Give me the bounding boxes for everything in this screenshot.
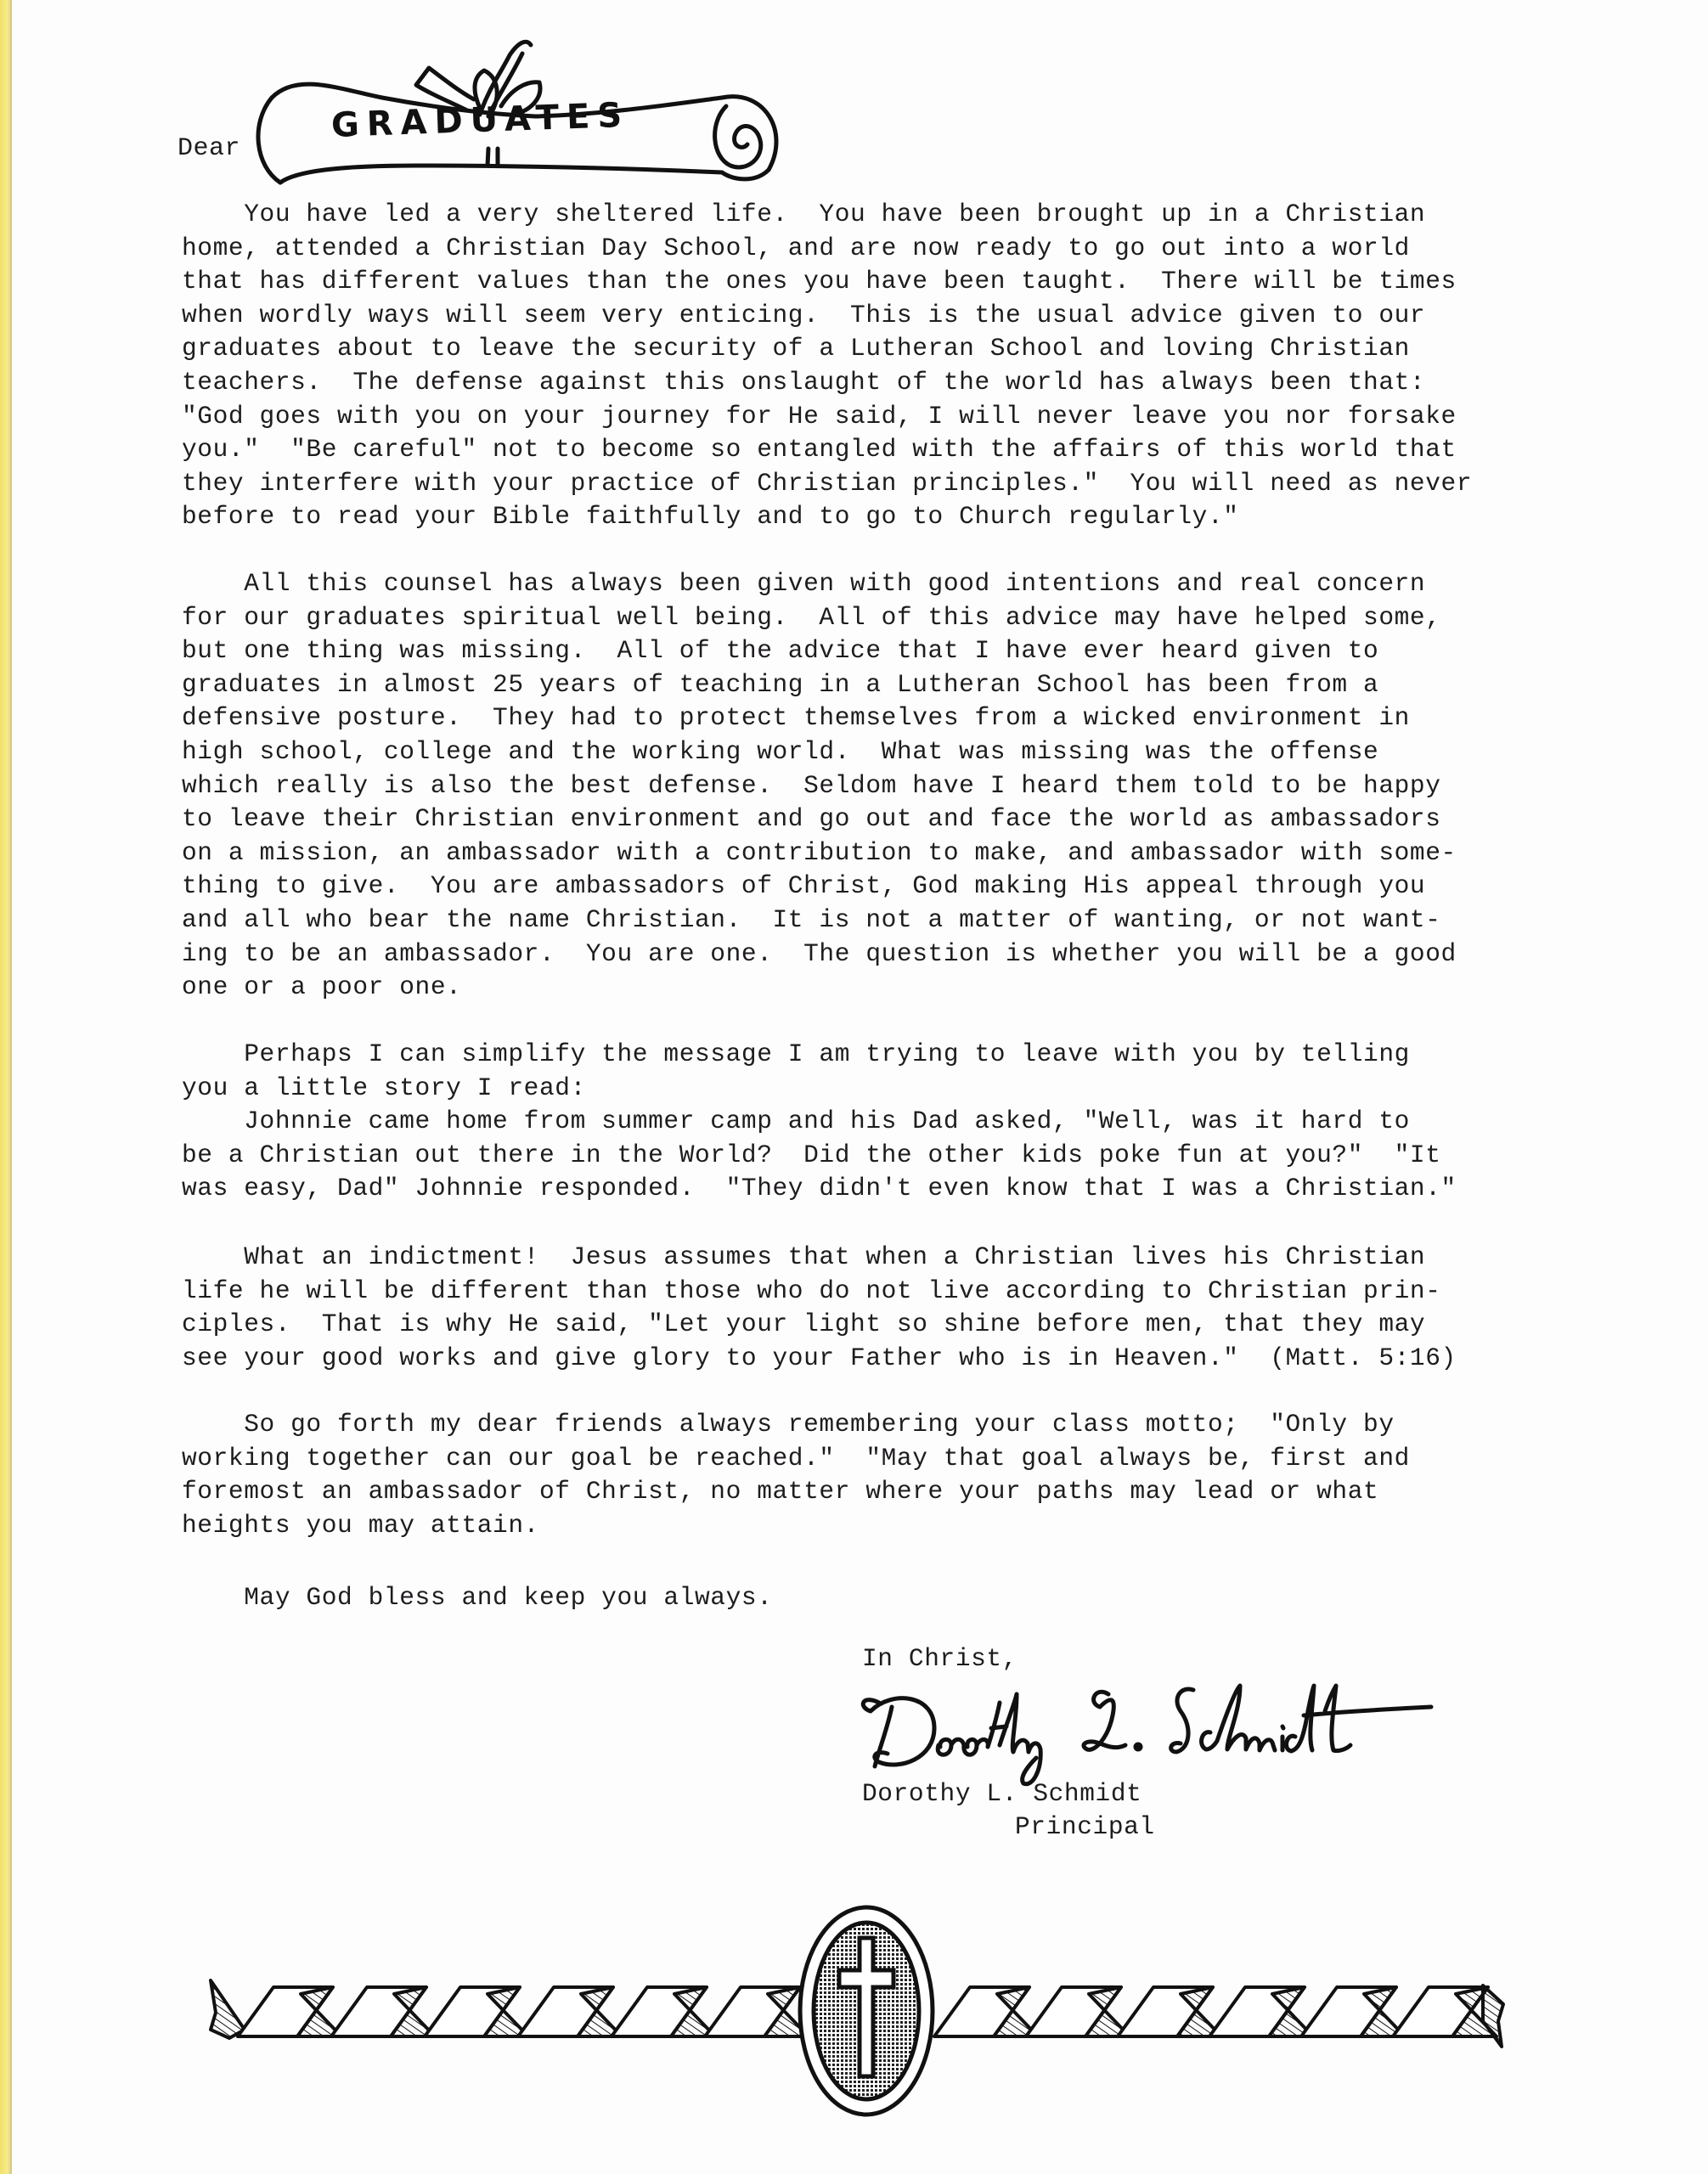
text-line: heights you may attain. [182, 1509, 1583, 1543]
text-line: was easy, Dad" Johnnie responded. "They … [182, 1172, 1583, 1206]
paragraph-2: All this counsel has always been given w… [182, 567, 1583, 1005]
text-line: be a Christian out there in the World? D… [182, 1139, 1583, 1173]
text-line: You have led a very sheltered life. You … [182, 198, 1583, 232]
valediction: In Christ, [862, 1644, 1017, 1673]
text-line: to leave their Christian environment and… [182, 803, 1583, 836]
paragraph-4: What an indictment! Jesus assumes that w… [182, 1241, 1583, 1375]
paragraph-1: You have led a very sheltered life. You … [182, 198, 1583, 534]
text-line: high school, college and the working wor… [182, 735, 1583, 769]
text-line: defensive posture. They had to protect t… [182, 701, 1583, 735]
text-line: one or a poor one. [182, 971, 1583, 1005]
text-line: but one thing was missing. All of the ad… [182, 634, 1583, 668]
text-line: So go forth my dear friends always remem… [182, 1408, 1583, 1442]
text-line: May God bless and keep you always. [182, 1581, 1583, 1615]
salutation: Dear [178, 134, 240, 163]
text-line: "God goes with you on your journey for H… [182, 400, 1583, 434]
text-line: foremost an ambassador of Christ, no mat… [182, 1475, 1583, 1509]
text-line: before to read your Bible faithfully and… [182, 500, 1583, 534]
ribbon-ornament [204, 1902, 1529, 2123]
text-line: home, attended a Christian Day School, a… [182, 232, 1583, 266]
text-line: on a mission, an ambassador with a contr… [182, 836, 1583, 870]
text-line: graduates about to leave the security of… [182, 332, 1583, 366]
text-line: teachers. The defense against this onsla… [182, 366, 1583, 400]
text-line: thing to give. You are ambassadors of Ch… [182, 870, 1583, 904]
paragraph-5: So go forth my dear friends always remem… [182, 1408, 1583, 1542]
text-line: you a little story I read: [182, 1072, 1583, 1106]
text-line: All this counsel has always been given w… [182, 567, 1583, 601]
text-line: which really is also the best defense. S… [182, 769, 1583, 803]
text-line: life he will be different than those who… [182, 1275, 1583, 1309]
signer-name: Dorothy L. Schmidt [862, 1779, 1141, 1808]
text-line: ciples. That is why He said, "Let your l… [182, 1308, 1583, 1342]
signer-title: Principal [1015, 1812, 1155, 1841]
page-edge-shadow [10, 0, 12, 2174]
text-line: you." "Be careful" not to become so enta… [182, 433, 1583, 467]
paragraph-3: Perhaps I can simplify the message I am … [182, 1038, 1583, 1206]
text-line: What an indictment! Jesus assumes that w… [182, 1241, 1583, 1275]
text-line: Perhaps I can simplify the message I am … [182, 1038, 1583, 1072]
text-line: and all who bear the name Christian. It … [182, 904, 1583, 938]
page-edge-yellow [0, 0, 10, 2174]
handwritten-signature [854, 1677, 1465, 1788]
text-line: graduates in almost 25 years of teaching… [182, 668, 1583, 702]
text-line: they interfere with your practice of Chr… [182, 467, 1583, 501]
text-line: see your good works and give glory to yo… [182, 1342, 1583, 1376]
text-line: for our graduates spiritual well being. … [182, 601, 1583, 635]
cross-medallion [800, 1907, 933, 2115]
text-line: ing to be an ambassador. You are one. Th… [182, 938, 1583, 972]
text-line: working together can our goal be reached… [182, 1442, 1583, 1476]
text-line: Johnnie came home from summer camp and h… [182, 1105, 1583, 1139]
paragraph-blessing: May God bless and keep you always. [182, 1581, 1583, 1615]
text-line: when wordly ways will seem very enticing… [182, 299, 1583, 333]
text-line: that has different values than the ones … [182, 265, 1583, 299]
